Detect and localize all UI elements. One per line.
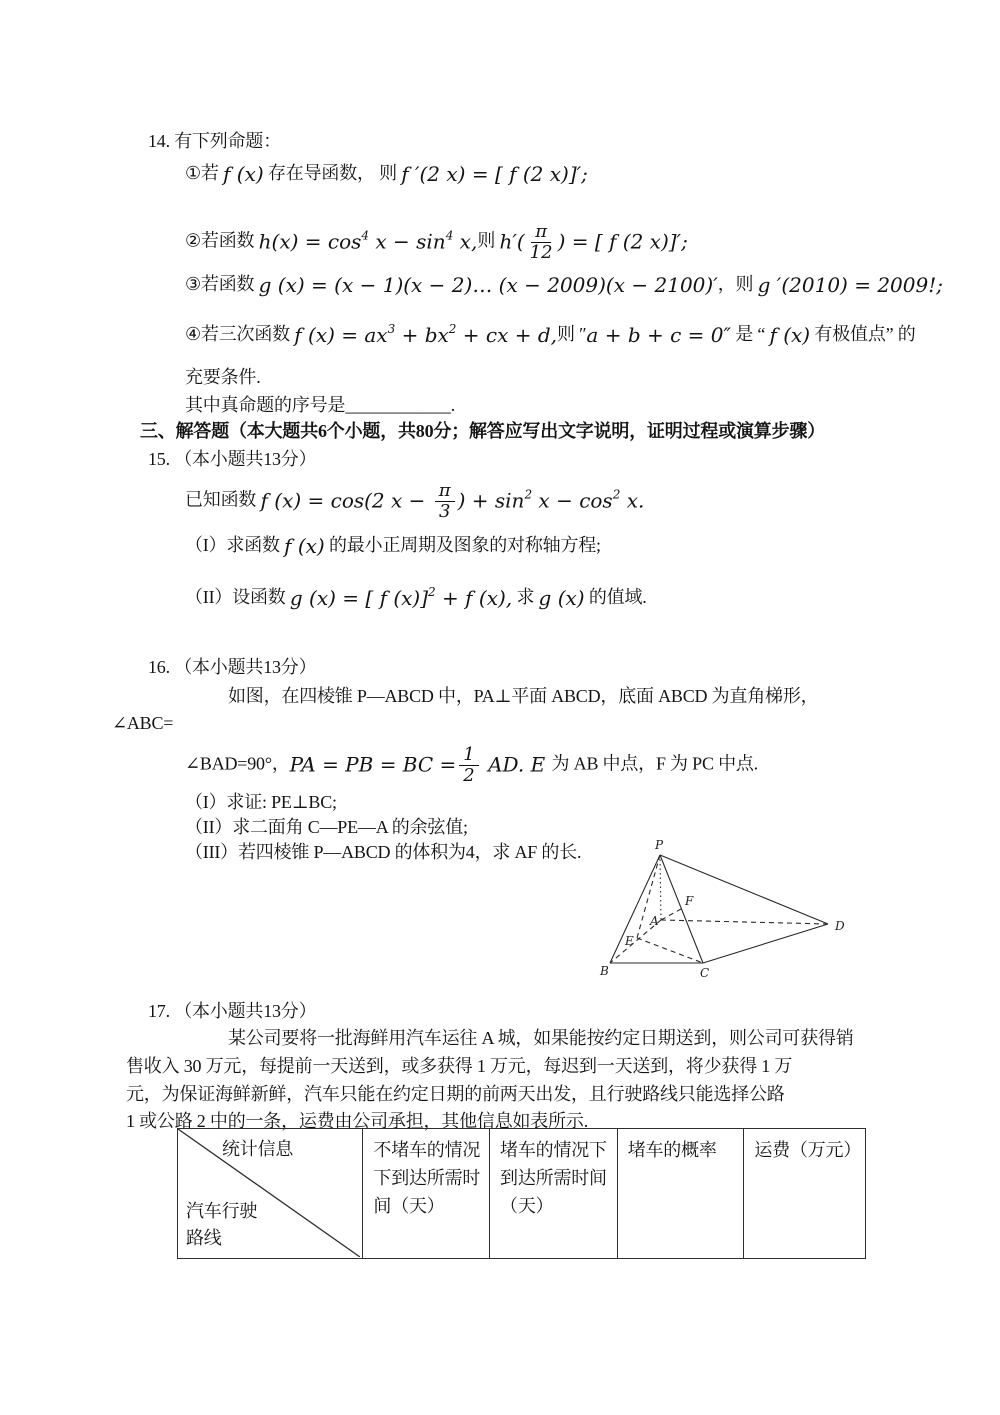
text-run: 17. （本小题共13分） [148, 1001, 316, 1021]
text-run: （I）求函数 [185, 535, 284, 555]
text-run: 则 [477, 230, 499, 250]
fraction-denominator: 2 [461, 766, 476, 786]
text-run: 为 AB 中点，F 为 PC 中点. [552, 753, 758, 773]
figure-label-C: C [700, 966, 709, 980]
math-run: x, [453, 229, 477, 253]
text-run: 有极值点” 的 [810, 324, 915, 344]
q14-fill: 其中真命题的序号是____________. [185, 394, 455, 417]
text-run: 16. （本小题共13分） [148, 657, 316, 677]
q16-part1: （I）求证: PE⊥BC; [185, 791, 337, 814]
math-run: f (x) [223, 162, 264, 186]
text-run: （II）设函数 [185, 587, 290, 607]
text-run: 如图，在四棱锥 P—ABCD 中，PA⊥平面 ABCD，底面 ABCD 为直角梯… [228, 686, 818, 706]
table-corner-cell: 统计信息 汽车行驶 路线 [178, 1129, 362, 1258]
edge-AF [661, 909, 681, 920]
fraction-numerator: π [435, 481, 455, 502]
q16-p1: 如图，在四棱锥 P—ABCD 中，PA⊥平面 ABCD，底面 ABCD 为直角梯… [228, 685, 818, 708]
text-run: 三、解答题（本大题共6个小题，共80分；解答应写出文字说明，证明过程或演算步骤） [140, 421, 825, 441]
figure-label-D: D [834, 919, 845, 933]
corner-label-row1: 汽车行驶 [186, 1201, 257, 1221]
corner-label-top: 统计信息 [222, 1135, 293, 1163]
math-run: ) + sin [458, 488, 525, 512]
text-run: 充要条件. [185, 367, 261, 387]
math-run: g (x) [539, 586, 585, 610]
text-run: 已知函数 [185, 489, 261, 509]
text-run: （III）若四棱锥 P—ABCD 的体积为4，求 AF 的长. [185, 842, 581, 862]
math-run: g ′(2010) = 2009!; [758, 273, 943, 297]
text-run: ，则 [718, 274, 758, 294]
text-run: 某公司要将一批海鲜用汽车运往 A 城，如果能按约定日期送到，则公司可获得销 [228, 1028, 854, 1048]
math-run: g (x) = [ f (x)] [290, 586, 428, 610]
q17-p1: 某公司要将一批海鲜用汽车运往 A 城，如果能按约定日期送到，则公司可获得销 [228, 1027, 854, 1050]
fraction-numerator: π [531, 222, 551, 243]
text-run: （II）求二面角 C—PE—A 的余弦值; [185, 817, 468, 837]
q14-item3: ③若函数 g (x) = (x − 1)(x − 2)… (x − 2009)(… [185, 272, 943, 298]
text-run: 元，为保证海鲜新鲜，汽车只能在约定日期的前两天出发，且行驶路线只能选择公路 [126, 1084, 785, 1104]
q14-item4: ④若三次函数 f (x) = ax3 + bx2 + cx + d,则 ″a +… [185, 322, 916, 348]
edge-PD [660, 855, 828, 924]
text-run: 其中真命题的序号是____________. [185, 395, 455, 415]
text-run: ②若函数 [185, 230, 259, 250]
q16-part3: （III）若四棱锥 P—ABCD 的体积为4，求 AF 的长. [185, 841, 581, 864]
info-table: 统计信息 汽车行驶 路线 不堵车的情况下到达所需时间（天） 堵车的情况下到达所需… [177, 1128, 866, 1259]
table-header-no-jam-time: 不堵车的情况下到达所需时间（天） [362, 1129, 489, 1258]
table-header-jam-time: 堵车的情况下到达所需时间（天） [489, 1129, 617, 1258]
text-run: 14. 有下列命题： [148, 131, 281, 151]
math-run: + f (x), [436, 586, 512, 610]
table-header-freight: 运费（万元） [743, 1129, 865, 1258]
superscript: 4 [361, 228, 369, 242]
q17-head: 17. （本小题共13分） [148, 1000, 316, 1023]
math-run: ) = [ f (2 x)]′; [558, 229, 688, 253]
figure-label-B: B [599, 964, 609, 978]
math-run: f (x) = ax [294, 323, 387, 347]
superscript: 2 [524, 487, 532, 501]
edge-PB [610, 855, 660, 963]
sec3-heading: 三、解答题（本大题共6个小题，共80分；解答应写出文字说明，证明过程或演算步骤） [140, 420, 825, 443]
text-run: ∠ABC= [112, 713, 173, 733]
math-run: f (x) [769, 323, 810, 347]
fraction: 12 [459, 745, 478, 786]
math-run: x − cos [532, 488, 613, 512]
q14-item1: ①若 f (x) 存在导函数， 则 f ′(2 x) = [ f (2 x)]′… [185, 161, 588, 187]
fraction-denominator: 12 [528, 243, 555, 263]
text-run: 的值域. [585, 587, 647, 607]
math-run: f ′(2 x) = [ f (2 x)]′; [401, 162, 588, 186]
q15-head: 15. （本小题共13分） [148, 448, 316, 471]
figure-label-F: F [684, 894, 694, 908]
math-run: h′( [499, 229, 524, 253]
q16-part2: （II）求二面角 C—PE—A 的余弦值; [185, 816, 468, 839]
math-run: a + b + c = 0″ [586, 323, 731, 347]
q14-title: 14. 有下列命题： [148, 130, 281, 153]
edge-EC [637, 938, 703, 963]
exam-page: 14. 有下列命题：①若 f (x) 存在导函数， 则 f ′(2 x) = [… [0, 0, 1000, 1415]
text-run: 售收入 30 万元，每提前一天送到，或多获得 1 万元，每迟到一天送到，将少获得… [126, 1056, 792, 1076]
edge-CD [703, 924, 828, 963]
pyramid-figure: PABCDEF [595, 838, 855, 983]
q14-item2: ②若函数 h(x) = cos4 x − sin4 x,则 h′(π12) = … [185, 222, 688, 263]
q15-part2: （II）设函数 g (x) = [ f (x)]2 + f (x), 求 g (… [185, 585, 647, 611]
text-run: ∠BAD=90°， [185, 753, 290, 773]
math-run: + bx [395, 323, 449, 347]
q15-given: 已知函数 f (x) = cos(2 x − π3) + sin2 x − co… [185, 481, 644, 522]
text-run: 的最小正周期及图象的对称轴方程; [325, 535, 601, 555]
edge-PC [660, 855, 703, 963]
fraction-numerator: 1 [459, 745, 478, 766]
q16-head: 16. （本小题共13分） [148, 656, 316, 679]
table-header-jam-probability: 堵车的概率 [617, 1129, 744, 1258]
text-run: ③若函数 [185, 274, 259, 294]
text-run: ④若三次函数 [185, 324, 294, 344]
text-run: 存在导函数， 则 [264, 163, 402, 183]
q14-closing: 充要条件. [185, 366, 261, 389]
fraction: π3 [435, 481, 455, 522]
text-run: 求 [512, 587, 538, 607]
figure-label-E: E [624, 934, 634, 948]
math-run: h(x) = cos [259, 229, 362, 253]
figure-label-A: A [649, 914, 659, 928]
text-run: ①若 [185, 163, 223, 183]
q17-p2: 售收入 30 万元，每提前一天送到，或多获得 1 万元，每迟到一天送到，将少获得… [126, 1055, 792, 1078]
text-run: 则 ″ [557, 324, 586, 344]
q16-p2: ∠ABC= [112, 712, 173, 735]
q15-part1: （I）求函数 f (x) 的最小正周期及图象的对称轴方程; [185, 533, 601, 559]
text-run: 是 “ [731, 324, 770, 344]
edge-PA [660, 855, 661, 920]
superscript: 2 [428, 585, 436, 599]
math-run: AD. E [482, 752, 552, 776]
q17-p3: 元，为保证海鲜新鲜，汽车只能在约定日期的前两天出发，且行驶路线只能选择公路 [126, 1083, 785, 1106]
corner-label-row2: 路线 [186, 1228, 222, 1248]
math-run: x. [620, 488, 644, 512]
math-run: PA = PB = BC = [290, 752, 457, 776]
text-run: 15. （本小题共13分） [148, 449, 316, 469]
math-run: + cx + d, [456, 323, 557, 347]
corner-label-bottom: 汽车行驶 路线 [186, 1198, 257, 1252]
math-run: f (x) [284, 534, 325, 558]
q16-p3: ∠BAD=90°，PA = PB = BC =12 AD. E 为 AB 中点，… [185, 745, 758, 786]
fraction-denominator: 3 [437, 502, 452, 522]
math-run: f (x) = cos(2 x − [261, 488, 432, 512]
fraction: π12 [528, 222, 555, 263]
figure-label-P: P [654, 838, 664, 852]
math-run: g (x) = (x − 1)(x − 2)… (x − 2009)(x − 2… [259, 273, 718, 297]
text-run: （I）求证: PE⊥BC; [185, 792, 337, 812]
math-run: x − sin [369, 229, 446, 253]
